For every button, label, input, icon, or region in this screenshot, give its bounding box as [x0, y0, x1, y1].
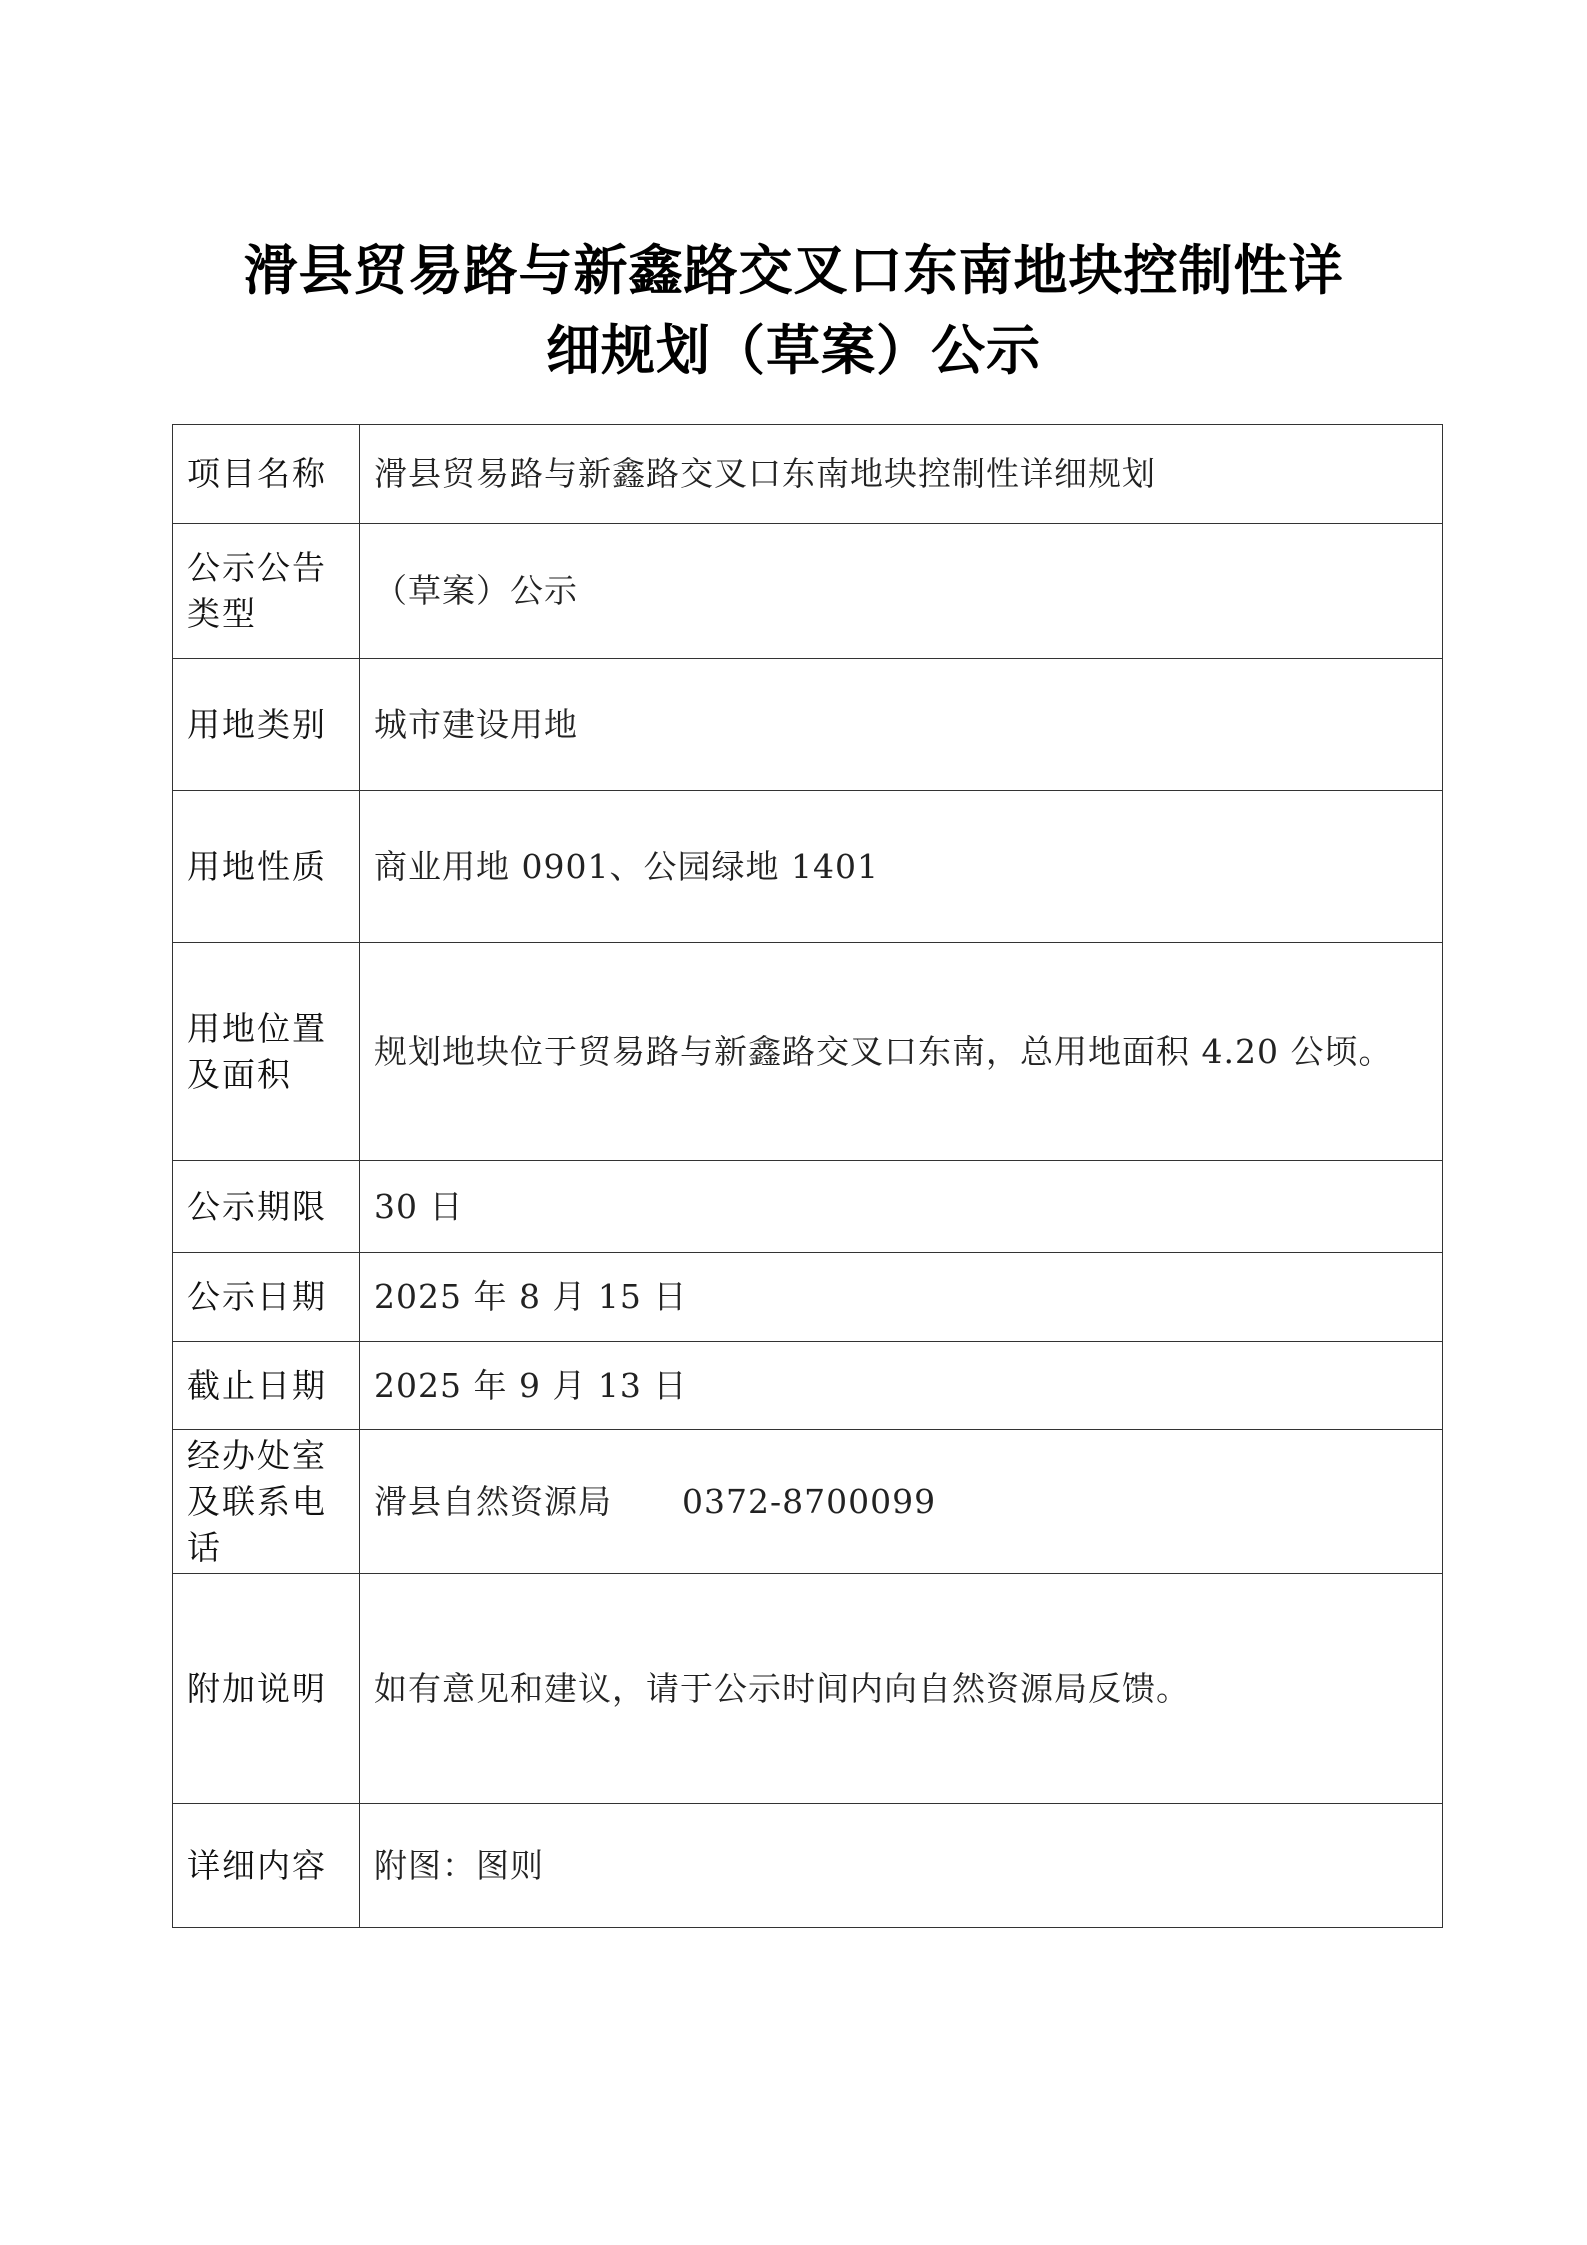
table-row-deadline: 截止日期 2025 年 9 月 13 日 — [173, 1342, 1443, 1430]
row-label: 经办处室及联系电话 — [173, 1430, 360, 1574]
row-label: 用地类别 — [173, 659, 360, 791]
contact-phone: 0372-8700099 — [682, 1482, 936, 1521]
row-value: 2025 年 9 月 13 日 — [360, 1342, 1443, 1430]
row-label: 用地位置及面积 — [173, 943, 360, 1161]
contact-office: 滑县自然资源局 — [374, 1482, 612, 1521]
table-row-notice-date: 公示日期 2025 年 8 月 15 日 — [173, 1253, 1443, 1342]
row-value: 滑县贸易路与新鑫路交叉口东南地块控制性详细规划 — [360, 425, 1443, 524]
row-value: （草案）公示 — [360, 524, 1443, 659]
row-label: 公示公告类型 — [173, 524, 360, 659]
row-value: 30 日 — [360, 1161, 1443, 1253]
row-value: 商业用地 0901、公园绿地 1401 — [360, 791, 1443, 943]
row-value: 如有意见和建议，请于公示时间内向自然资源局反馈。 — [360, 1574, 1443, 1804]
row-label: 详细内容 — [173, 1804, 360, 1928]
table-row-contact: 经办处室及联系电话 滑县自然资源局0372-8700099 — [173, 1430, 1443, 1574]
row-label: 截止日期 — [173, 1342, 360, 1430]
row-value: 滑县自然资源局0372-8700099 — [360, 1430, 1443, 1574]
row-label: 公示期限 — [173, 1161, 360, 1253]
document-title-line-1: 滑县贸易路与新鑫路交叉口东南地块控制性详 — [0, 228, 1587, 305]
table-row-notice-type: 公示公告类型 （草案）公示 — [173, 524, 1443, 659]
table-row-land-category: 用地类别 城市建设用地 — [173, 659, 1443, 791]
table-row-land-use: 用地性质 商业用地 0901、公园绿地 1401 — [173, 791, 1443, 943]
row-label: 公示日期 — [173, 1253, 360, 1342]
table-row-project-name: 项目名称 滑县贸易路与新鑫路交叉口东南地块控制性详细规划 — [173, 425, 1443, 524]
row-label: 用地性质 — [173, 791, 360, 943]
row-value: 附图：图则 — [360, 1804, 1443, 1928]
table-row-location-area: 用地位置及面积 规划地块位于贸易路与新鑫路交叉口东南，总用地面积 4.20 公顷… — [173, 943, 1443, 1161]
row-value: 规划地块位于贸易路与新鑫路交叉口东南，总用地面积 4.20 公顷。 — [360, 943, 1443, 1161]
table-row-notice-period: 公示期限 30 日 — [173, 1161, 1443, 1253]
row-value: 城市建设用地 — [360, 659, 1443, 791]
table-row-additional-notes: 附加说明 如有意见和建议，请于公示时间内向自然资源局反馈。 — [173, 1574, 1443, 1804]
notice-info-table: 项目名称 滑县贸易路与新鑫路交叉口东南地块控制性详细规划 公示公告类型 （草案）… — [172, 424, 1443, 1928]
document-title-line-2: 细规划（草案）公示 — [0, 308, 1587, 385]
row-label: 附加说明 — [173, 1574, 360, 1804]
row-label: 项目名称 — [173, 425, 360, 524]
table-row-details: 详细内容 附图：图则 — [173, 1804, 1443, 1928]
row-value: 2025 年 8 月 15 日 — [360, 1253, 1443, 1342]
